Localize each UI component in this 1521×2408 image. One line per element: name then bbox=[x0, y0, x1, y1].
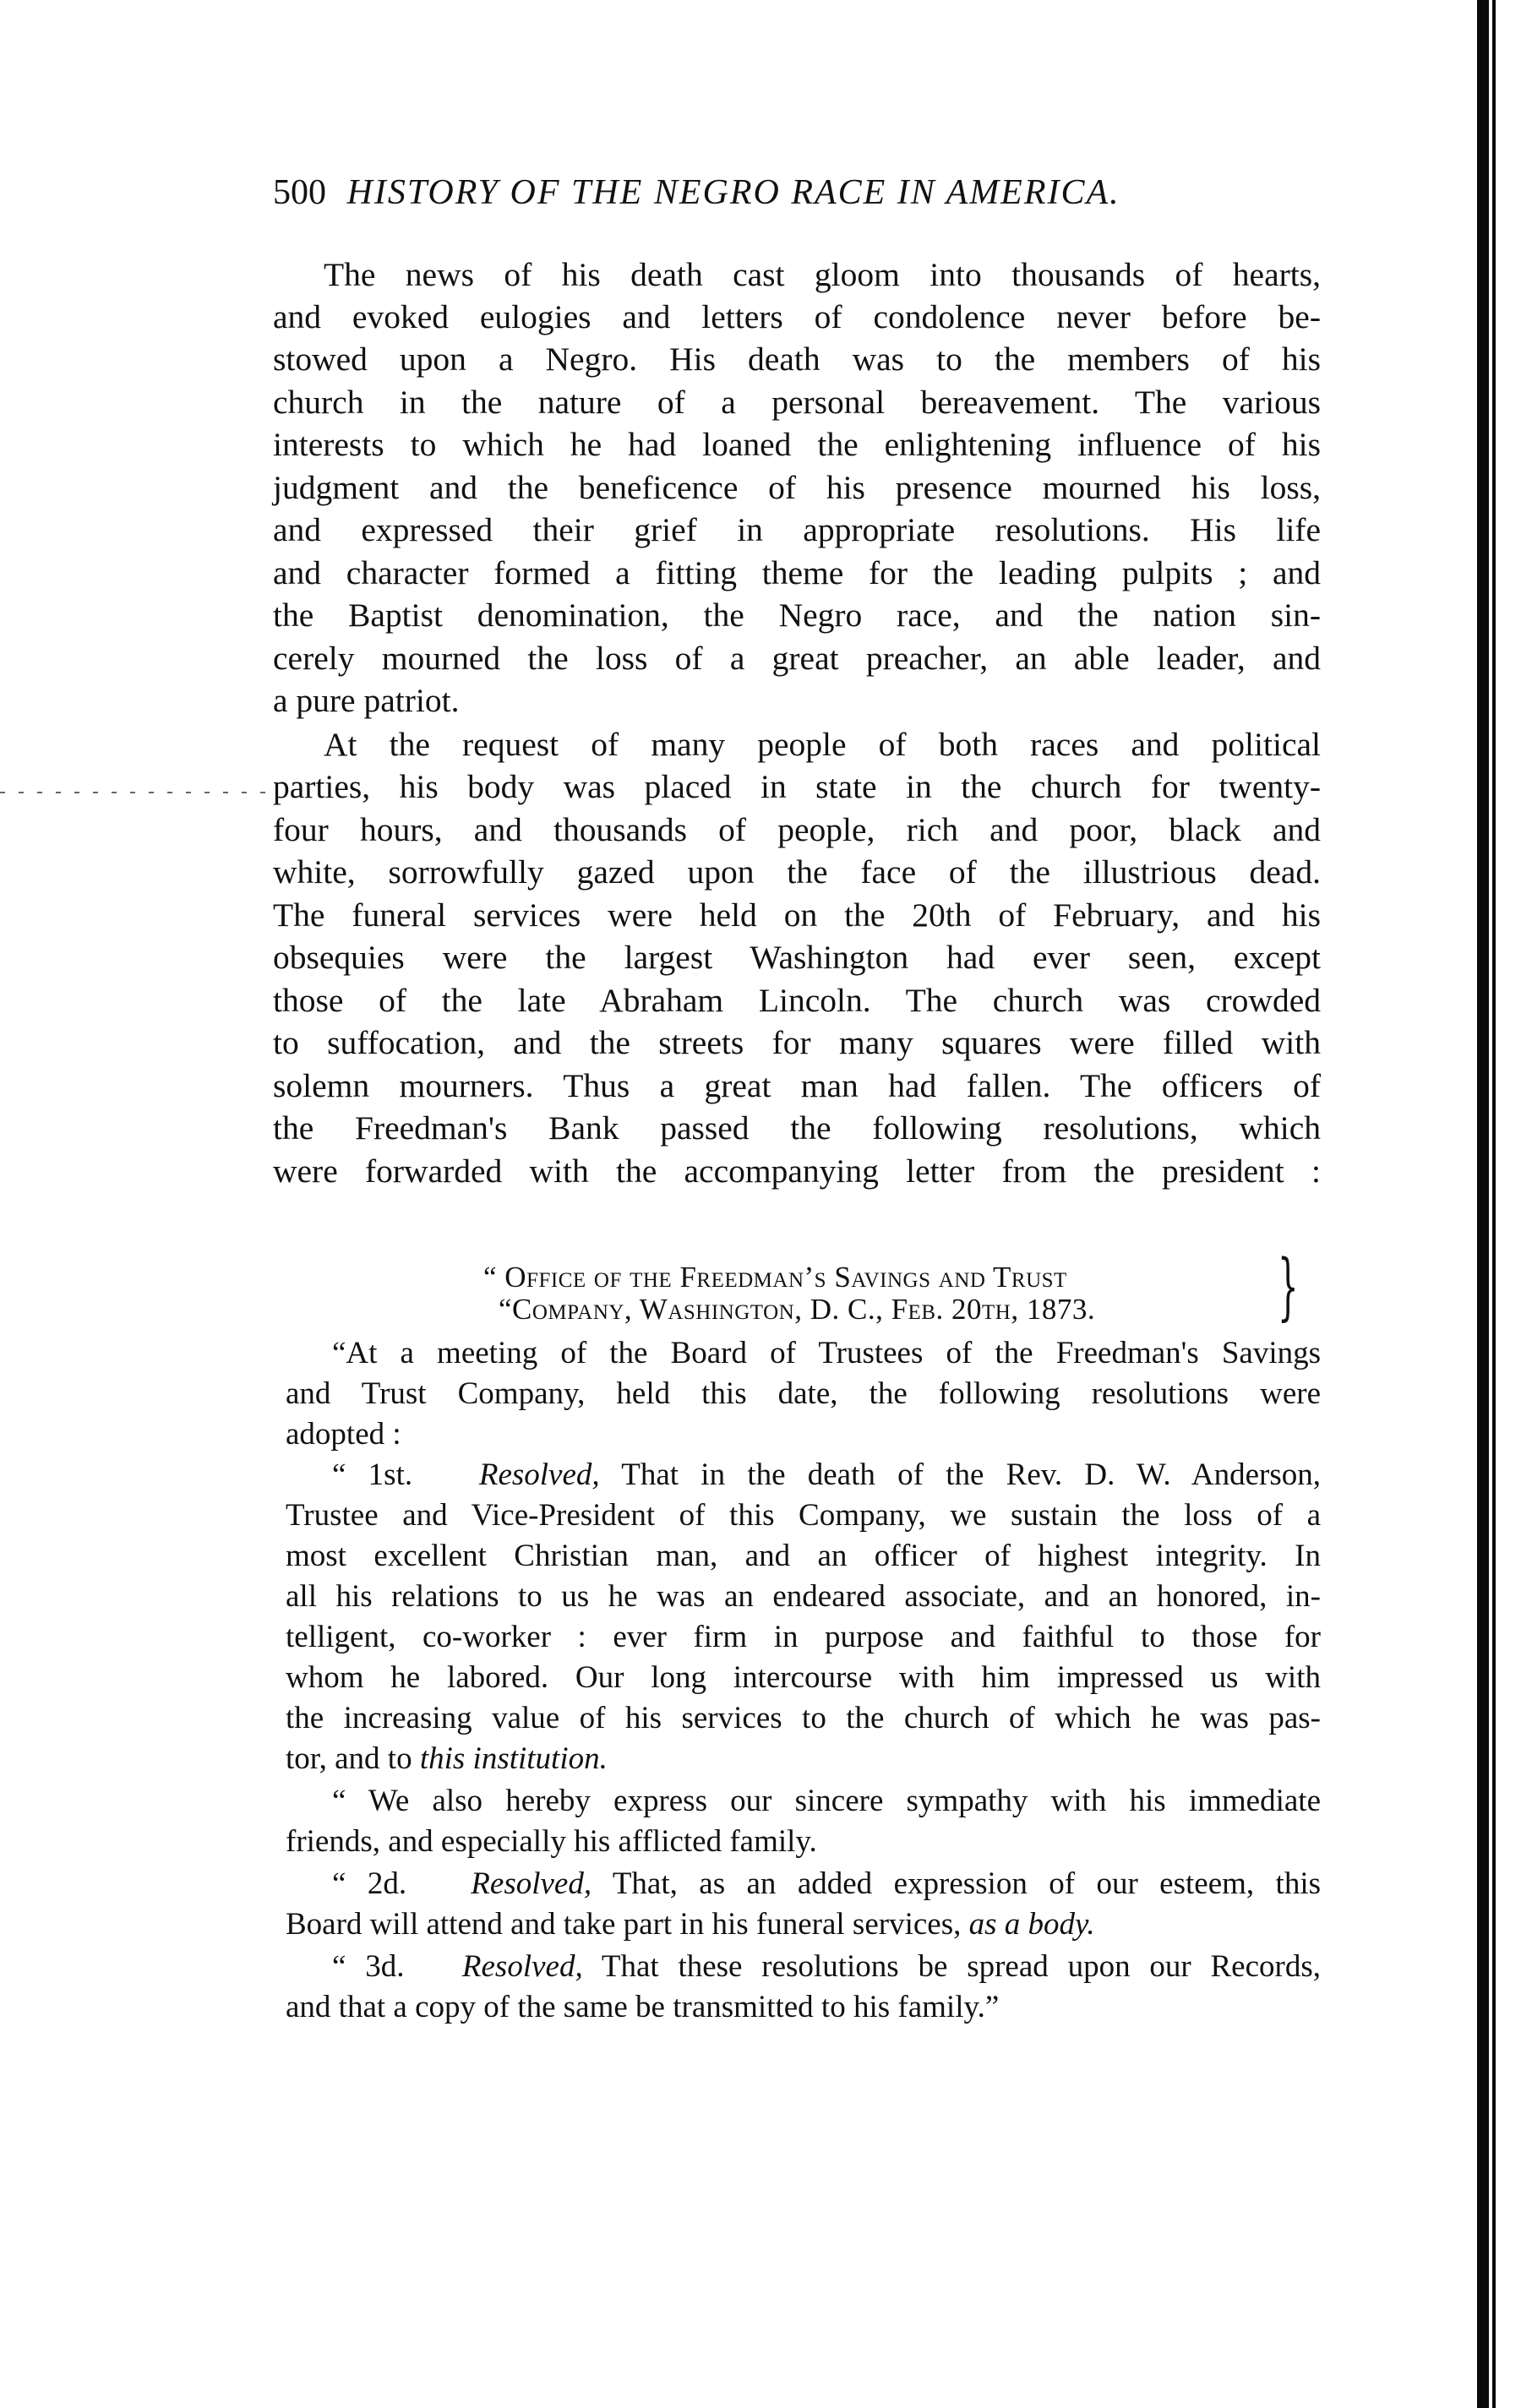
resolution-text: That these resolutions be spread upon ou… bbox=[583, 1949, 1321, 1984]
text-line: to suffocation, and the streets for many… bbox=[273, 1021, 1321, 1064]
resolved-keyword: Resolved, bbox=[471, 1866, 591, 1901]
text-line: cerely mourned the loss of a great preac… bbox=[273, 637, 1321, 679]
text-line: four hours, and thousands of people, ric… bbox=[273, 809, 1321, 851]
text-line: a pure patriot. bbox=[273, 679, 1321, 722]
resolution-number: “ 2d. bbox=[332, 1866, 406, 1901]
resolution-number: “ 1st. bbox=[332, 1457, 412, 1492]
quote-line: tor, and to this institution. bbox=[286, 1739, 1321, 1779]
text-line: white, sorrowfully gazed upon the face o… bbox=[273, 851, 1321, 893]
quote-line: the increasing value of his services to … bbox=[286, 1698, 1321, 1739]
resolution-text: That in the death of the Rev. D. W. Ande… bbox=[600, 1457, 1321, 1492]
quote-line: and Trust Company, held this date, the f… bbox=[286, 1374, 1321, 1414]
resolved-keyword: Resolved, bbox=[462, 1949, 583, 1984]
text-line: The funeral services were held on the 20… bbox=[273, 894, 1321, 936]
binding-line bbox=[1492, 0, 1496, 2408]
resolution-2-heading: “ 2d. Resolved, That, as an added expres… bbox=[286, 1864, 1321, 1904]
letterhead-line-1: “ Office of the Freedman’s Savings and T… bbox=[483, 1261, 1067, 1294]
quote-line: most excellent Christian man, and an off… bbox=[286, 1536, 1321, 1577]
emphasis-text: this institution. bbox=[420, 1741, 608, 1776]
text-line: the Freedman's Bank passed the following… bbox=[273, 1107, 1321, 1149]
quote-line: “ We also hereby express our sincere sym… bbox=[286, 1781, 1321, 1822]
quote-line: and that a copy of the same be transmitt… bbox=[286, 1987, 1321, 2028]
binding-shadow bbox=[1477, 0, 1489, 2408]
text-line: the Baptist denomination, the Negro race… bbox=[273, 594, 1321, 636]
page-number: 500 bbox=[273, 173, 326, 212]
quote-line: all his relations to us he was an endear… bbox=[286, 1577, 1321, 1617]
quote-line: friends, and especially his afflicted fa… bbox=[286, 1822, 1321, 1862]
text-line: those of the late Abraham Lincoln. The c… bbox=[273, 979, 1321, 1021]
resolution-1-heading: “ 1st. Resolved, That in the death of th… bbox=[286, 1455, 1321, 1495]
quote-text: tor, and to bbox=[286, 1741, 420, 1776]
text-line: solemn mourners. Thus a great man had fa… bbox=[273, 1065, 1321, 1107]
scan-artifact-dots bbox=[0, 792, 270, 793]
text-line: interests to which he had loaned the enl… bbox=[273, 423, 1321, 466]
text-line: and character formed a fitting theme for… bbox=[273, 552, 1321, 594]
text-line: stowed upon a Negro. His death was to th… bbox=[273, 338, 1321, 380]
resolved-keyword: Resolved, bbox=[479, 1457, 600, 1492]
quote-line: adopted : bbox=[286, 1414, 1321, 1455]
letterhead-line-2: “Company, Washington, D. C., Feb. 20th, … bbox=[499, 1293, 1095, 1327]
quote-line: whom he labored. Our long intercourse wi… bbox=[286, 1658, 1321, 1698]
quote-text: Board will attend and take part in his f… bbox=[286, 1907, 969, 1942]
text-line: church in the nature of a personal berea… bbox=[273, 381, 1321, 423]
quote-line: “At a meeting of the Board of Trustees o… bbox=[286, 1333, 1321, 1374]
text-line: were forwarded with the accompanying let… bbox=[273, 1150, 1321, 1192]
text-line: judgment and the beneficence of his pres… bbox=[273, 466, 1321, 509]
curly-brace-icon: } bbox=[1278, 1250, 1299, 1323]
page-binding-edge bbox=[1470, 0, 1521, 2408]
running-header: 500 HISTORY OF THE NEGRO RACE IN AMERICA… bbox=[273, 172, 1321, 214]
text-line: The news of his death cast gloom into th… bbox=[273, 253, 1321, 296]
resolution-number: “ 3d. bbox=[332, 1949, 404, 1984]
text-line: and evoked eulogies and letters of condo… bbox=[273, 296, 1321, 338]
running-head-title: HISTORY OF THE NEGRO RACE IN AMERICA. bbox=[347, 173, 1120, 212]
quote-line: telligent, co-worker : ever firm in purp… bbox=[286, 1617, 1321, 1658]
book-page: 500 HISTORY OF THE NEGRO RACE IN AMERICA… bbox=[0, 0, 1521, 2408]
emphasis-text: as a body. bbox=[969, 1907, 1095, 1942]
resolution-3-heading: “ 3d. Resolved, That these resolutions b… bbox=[286, 1947, 1321, 1987]
text-line: parties, his body was placed in state in… bbox=[273, 765, 1321, 808]
text-line: At the request of many people of both ra… bbox=[273, 723, 1321, 765]
text-line: obsequies were the largest Washington ha… bbox=[273, 936, 1321, 978]
quote-line: Board will attend and take part in his f… bbox=[286, 1904, 1321, 1945]
text-line: and expressed their grief in appropriate… bbox=[273, 509, 1321, 551]
resolution-text: That, as an added expression of our este… bbox=[591, 1866, 1321, 1901]
quote-line: Trustee and Vice-President of this Compa… bbox=[286, 1495, 1321, 1536]
